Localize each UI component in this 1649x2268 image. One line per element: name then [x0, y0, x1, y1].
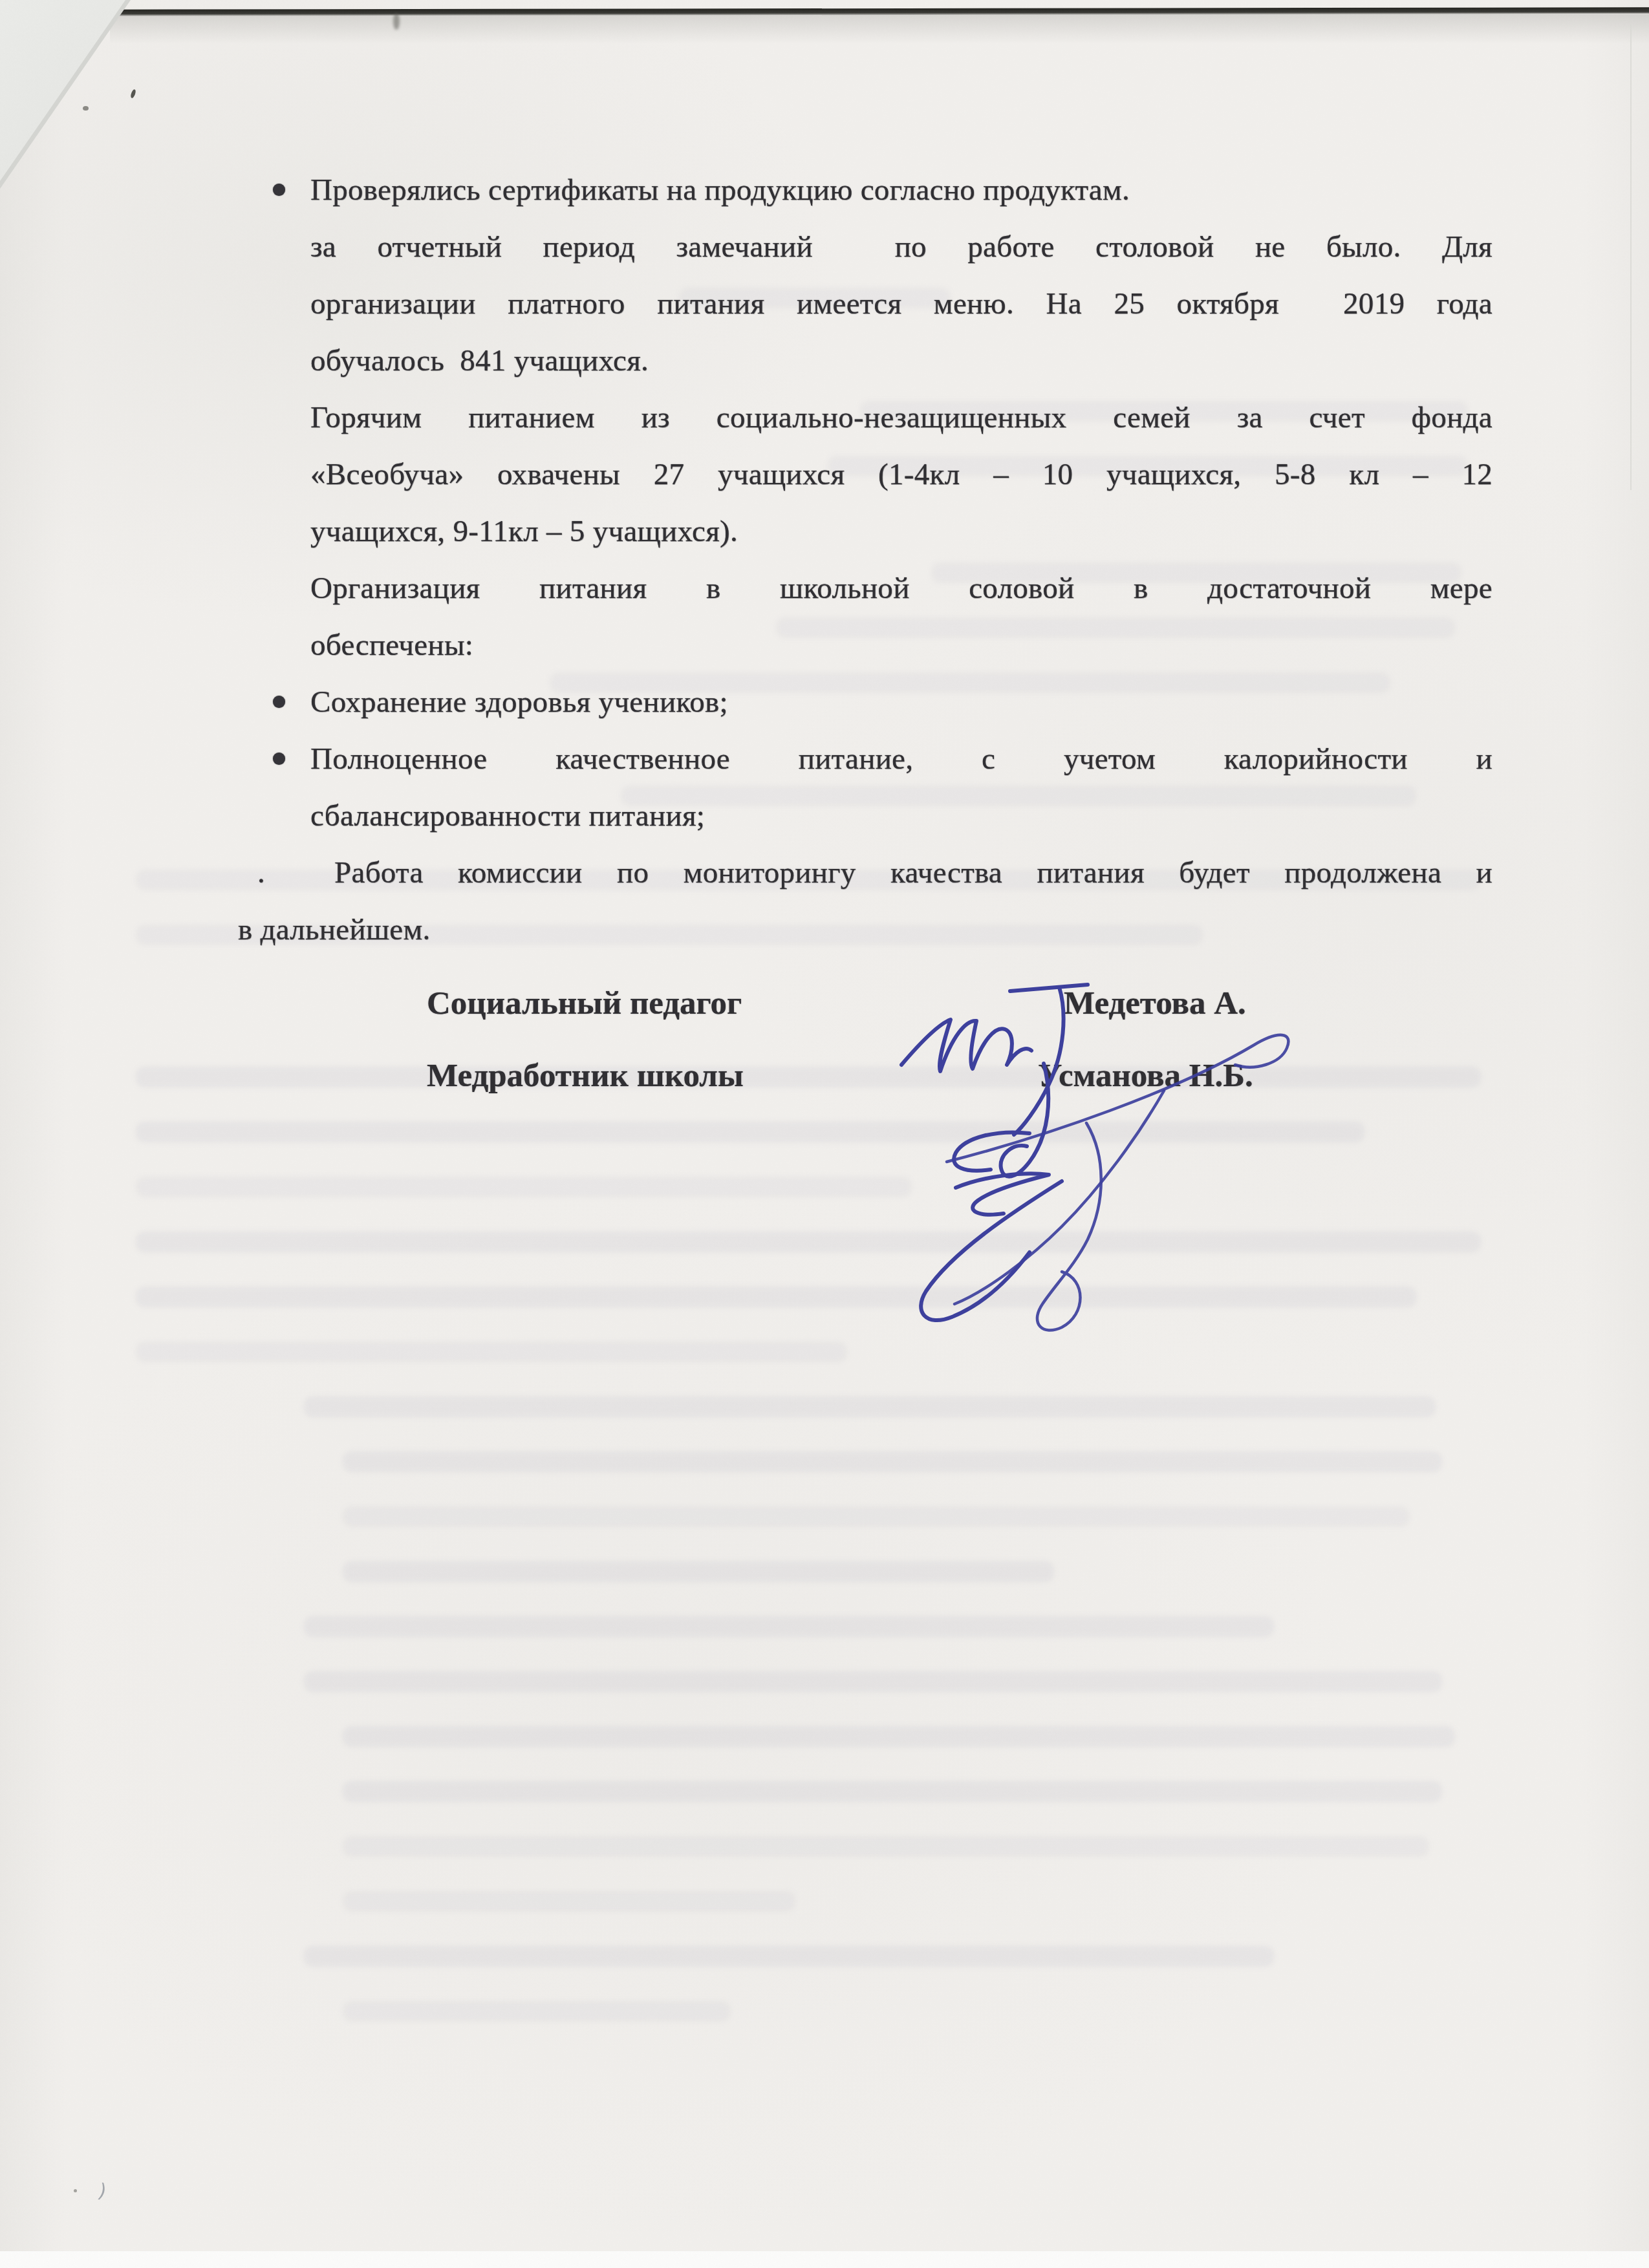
text-line: организации платного питания имеется мен… [310, 275, 1493, 332]
text-line: Организация питания в школьной соловой в… [310, 560, 1493, 617]
bleedthrough-line [343, 1891, 795, 1912]
bleedthrough-line [136, 1342, 847, 1362]
text-line: Полноценное качественное питание, с учет… [310, 731, 1493, 787]
bleedthrough-line [343, 1726, 1455, 1747]
text-line: обучалось 841 учащихся. [310, 332, 1493, 389]
paper-crease-right [1630, 25, 1632, 490]
document-body: Проверялись сертификаты на продукцию сог… [310, 162, 1493, 958]
bleedthrough-line [343, 1781, 1442, 1802]
text-line: обеспечены: [310, 617, 1493, 674]
signature-role-label: Медработник школы [427, 1058, 744, 1094]
bleedthrough-line [136, 1177, 912, 1197]
bleedthrough-line [343, 1506, 1410, 1527]
bleedthrough-line [304, 1671, 1442, 1692]
bleedthrough-line [343, 1836, 1429, 1857]
text-line: сбалансированности питания; [310, 787, 1493, 844]
bleedthrough-line [136, 1287, 1416, 1307]
bleedthrough-line [343, 1561, 1054, 1582]
text-line: Сохранение здоровья учеников; [310, 674, 1493, 731]
bleedthrough-line [136, 1232, 1481, 1252]
scan-edge-shadow [110, 14, 1649, 44]
bullet-icon [273, 696, 285, 708]
signature-name: Усманова Н.Б. [1038, 1043, 1253, 1108]
text-line: Проверялись сертификаты на продукцию сог… [310, 162, 1493, 219]
scanner-background-bottom [0, 2251, 1649, 2268]
signature-name: Медетова А. [1064, 971, 1246, 1036]
scan-edge-top [110, 7, 1649, 16]
dust-speck [83, 106, 89, 111]
bleedthrough-line [304, 1616, 1274, 1637]
bleedthrough-line [304, 1396, 1436, 1417]
text-line: Горячим питанием из социально-незащищенн… [310, 389, 1493, 446]
signature-row-social-pedagogue: Социальный педагог Медетова А. [427, 971, 1397, 1036]
bleedthrough-line [343, 1451, 1442, 1472]
bleedthrough-line [343, 2001, 731, 2022]
text-line: . Работа комиссии по мониторингу качеств… [257, 844, 1493, 901]
signature-row-school-medic: Медработник школы Усманова Н.Б. [427, 1043, 1397, 1108]
text-line: в дальнейшем. [238, 901, 1493, 958]
text-line: за отчетный период замечаний по работе с… [310, 219, 1493, 275]
scanned-page: Проверялись сертификаты на продукцию сог… [0, 0, 1649, 2268]
signature-role-label: Социальный педагог [427, 985, 742, 1022]
bullet-icon [273, 753, 285, 765]
dust-speck [74, 2189, 77, 2192]
text-line: учащихся, 9-11кл – 5 учащихся). [310, 503, 1493, 560]
scan-smudge [393, 13, 400, 30]
ink-speck [130, 89, 136, 98]
bullet-icon [273, 184, 285, 196]
bleedthrough-line [136, 1122, 1364, 1142]
text-line: «Всеобуча» охвачены 27 учащихся (1-4кл –… [310, 446, 1493, 503]
pen-mark: ) [96, 2179, 109, 2203]
bleedthrough-line [304, 1946, 1274, 1967]
